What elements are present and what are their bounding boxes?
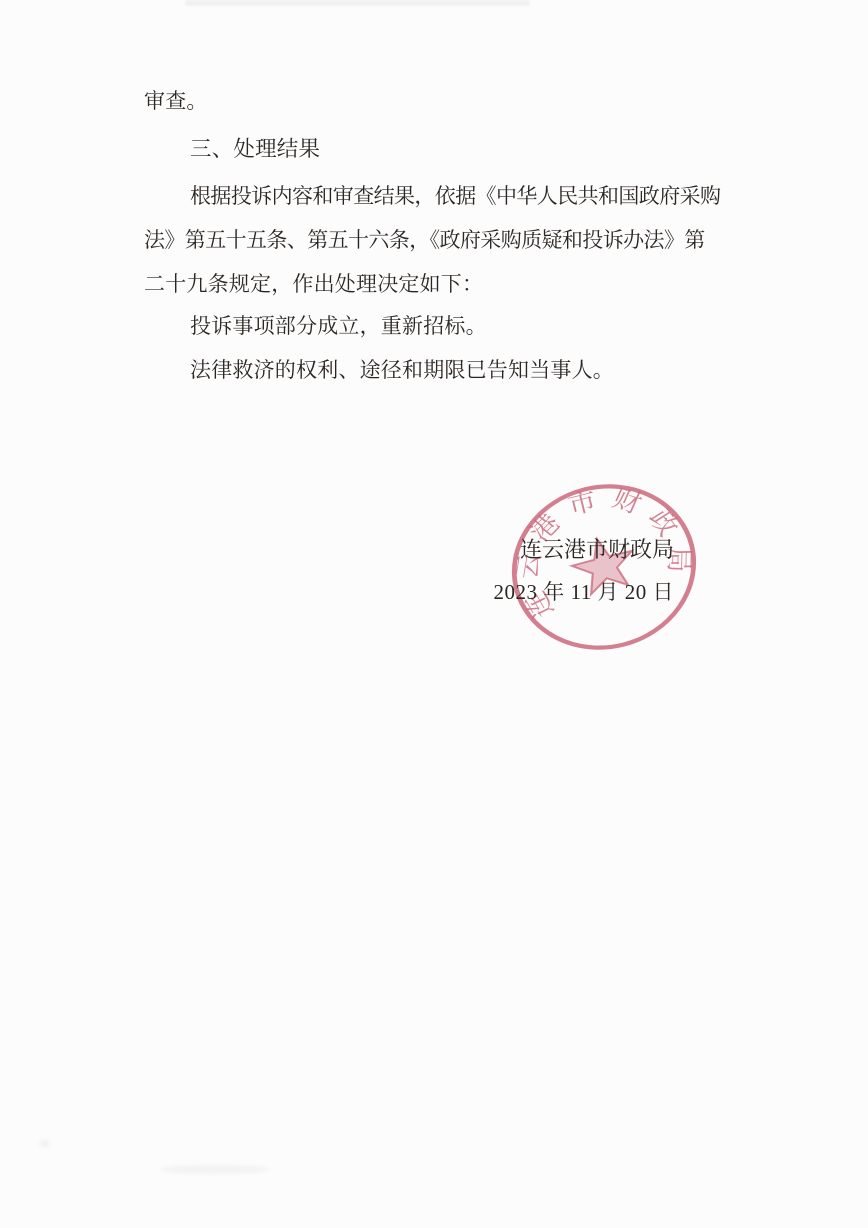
carryover-line: 审查。 <box>144 88 208 115</box>
issuer-signature: 连云港市财政局 <box>520 533 674 564</box>
paragraph-line: 根据投诉内容和审查结果，依据《中华人民共和国政府采购 <box>190 183 720 210</box>
section-heading: 三、处理结果 <box>190 136 320 163</box>
decision-line: 投诉事项部分成立，重新招标。 <box>190 313 487 340</box>
paragraph-line: 法》第五十五条、第五十六条，《政府采购质疑和投诉办法》第 <box>144 227 705 254</box>
scan-edge-artifact <box>185 0 530 6</box>
document-page: 审查。 三、处理结果 根据投诉内容和审查结果，依据《中华人民共和国政府采购 法》… <box>0 0 868 1228</box>
date-line: 2023 年 11 月 20 日 <box>494 576 674 606</box>
paragraph-line: 二十九条规定，作出处理决定如下： <box>144 271 483 298</box>
scan-smudge <box>40 1140 50 1147</box>
legal-notice-line: 法律救济的权利、途径和期限已告知当事人。 <box>190 357 614 384</box>
scan-smudge <box>160 1165 270 1174</box>
official-seal: 连云港市财政局 <box>491 454 717 680</box>
